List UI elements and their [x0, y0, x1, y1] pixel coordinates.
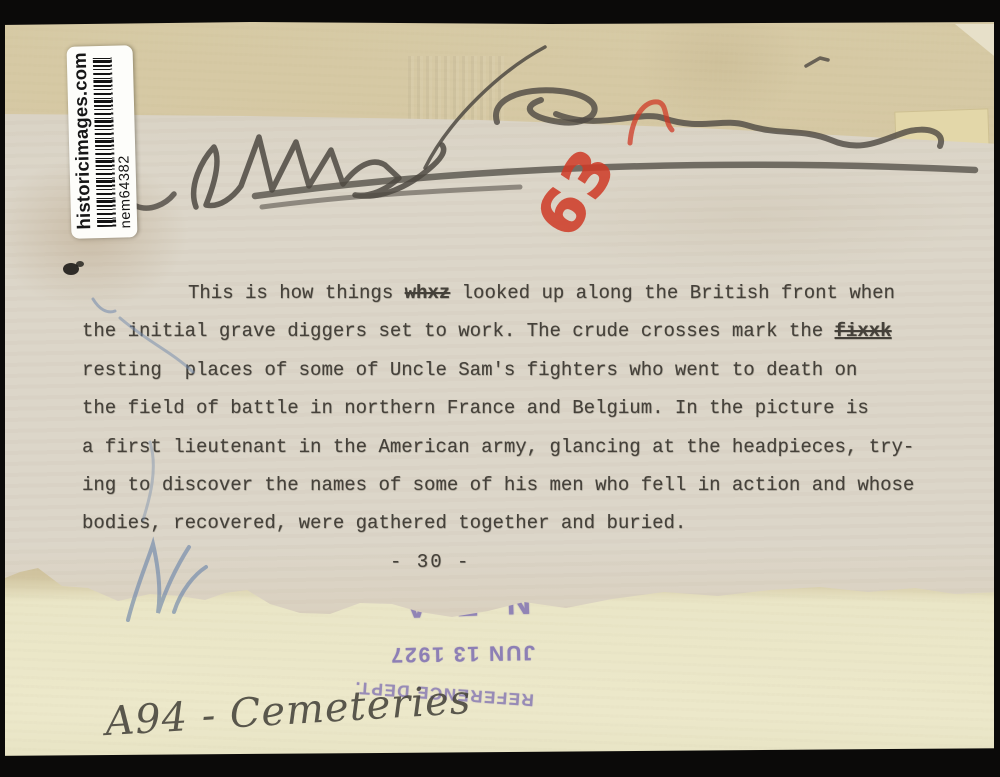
caption-line-7: bodies, recovered, were gathered togethe…	[82, 512, 942, 550]
caption-text: This is how things	[188, 282, 405, 304]
photo-back-scan: REFERENCE DEPT. JUN 13 1927 N.E.A. This …	[0, 0, 1000, 777]
overstruck-word: whxz	[405, 282, 451, 304]
caption-line-4: the field of battle in northern France a…	[82, 397, 942, 435]
caption-line-6: ing to discover the names of some of his…	[82, 474, 942, 512]
caption-line-5: a first lieutenant in the American army,…	[82, 436, 942, 474]
caption-text: the initial grave diggers set to work. T…	[82, 320, 835, 342]
stamp-date-line: JUN 13 1927	[389, 640, 535, 667]
scan-edge-top	[0, 0, 1000, 25]
barcode-sticker: historicimages.com nem64382	[66, 45, 137, 239]
caption-end-mark: - 30 -	[82, 551, 942, 589]
typed-caption: This is how things whxz looked up along …	[82, 282, 942, 589]
sticker-item-id: nem64382	[115, 54, 134, 228]
sticker-site-text: historicimages.com	[70, 55, 94, 229]
caption-line-2: the initial grave diggers set to work. T…	[82, 320, 942, 358]
scan-edge-right	[994, 0, 1000, 777]
caption-text: looked up along the British front when	[450, 282, 895, 304]
barcode-icon	[93, 57, 116, 227]
scan-edge-left	[0, 0, 5, 777]
caption-line-3: resting places of some of Uncle Sam's fi…	[82, 359, 942, 397]
caption-line-1: This is how things whxz looked up along …	[82, 282, 942, 320]
overstruck-word: fixxk	[835, 320, 892, 342]
